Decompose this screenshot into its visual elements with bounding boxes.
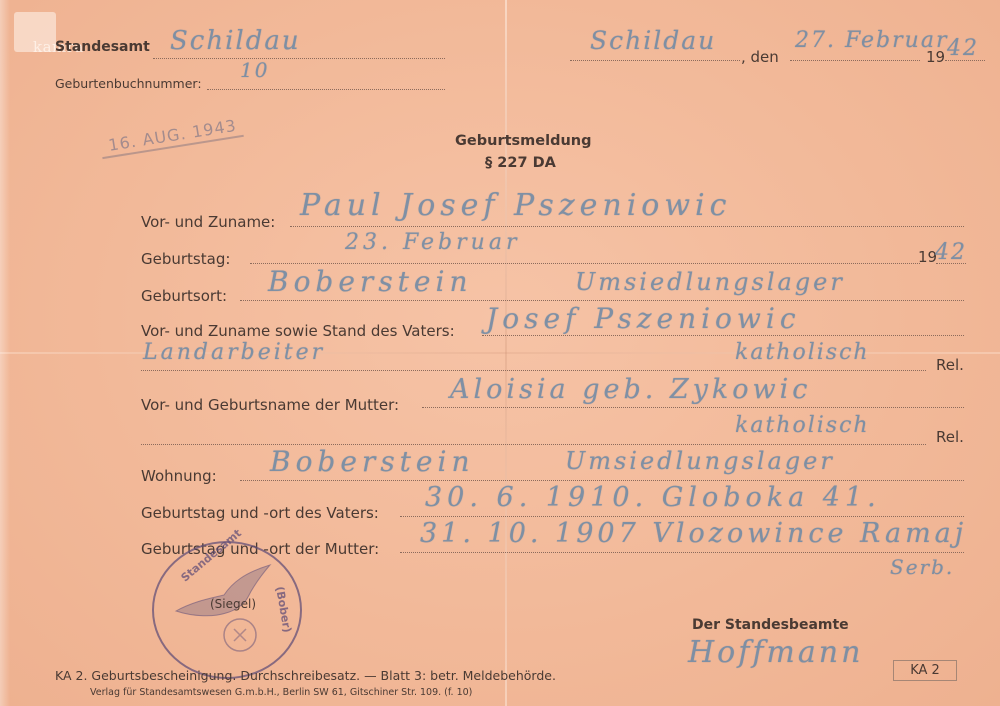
geburtenbuchnummer-label: Geburtenbuchnummer: [55, 76, 202, 91]
birthday-label: Geburtstag: [141, 250, 230, 268]
birthplace-line [240, 300, 964, 301]
rel-label-father: Rel. [936, 356, 964, 374]
place-line [570, 60, 740, 61]
mother-label: Vor- und Geburtsname der Mutter: [141, 396, 399, 414]
standesamt-label: Standesamt [55, 39, 150, 55]
seal-label: (Siegel) [210, 597, 256, 611]
mother-religion-line [141, 444, 926, 445]
birthday-value: 23. Februar [345, 230, 520, 255]
footer-line-1: KA 2. Geburtsbescheinigung. Durchschreib… [55, 668, 556, 683]
form-code-box: KA 2 [893, 660, 957, 681]
place-value: Schildau [590, 26, 716, 55]
mother-line [422, 407, 964, 408]
geburtenbuchnummer-value: 10 [240, 58, 269, 82]
residence-extra: Umsiedlungslager [565, 447, 835, 475]
father-birth-label: Geburtstag und -ort des Vaters: [141, 504, 379, 522]
standesamt-value: Schildau [170, 26, 301, 56]
birthday-line [250, 263, 920, 264]
residence-line [240, 480, 964, 481]
year-suffix: 42 [947, 36, 979, 61]
residence-label: Wohnung: [141, 467, 217, 485]
name-value: Paul Josef Pszeniowic [300, 188, 731, 223]
father-birth-value: 30. 6. 1910. Globoka 41. [425, 482, 881, 513]
birthday-year-suffix: 42 [935, 240, 967, 265]
father-birth-line [400, 516, 964, 517]
document-title: Geburtsmeldung [455, 133, 591, 149]
father-occupation-line [141, 370, 926, 371]
official-seal: (Siegel) Standesamt (Bober) [152, 541, 302, 679]
geburtenbuchnummer-line [207, 89, 445, 90]
rel-label-mother: Rel. [936, 428, 964, 446]
father-line [482, 335, 964, 336]
father-religion: katholisch [735, 340, 870, 365]
residence-value: Boberstein [270, 445, 475, 478]
paper-edge [0, 0, 10, 706]
standesamt-line [153, 58, 445, 59]
footer-line-2: Verlag für Standesamtswesen G.m.b.H., Be… [90, 687, 472, 698]
den-label: , den [741, 48, 779, 66]
birthplace-label: Geburtsort: [141, 287, 227, 305]
year-prefix: 19 [926, 48, 945, 66]
birthplace-extra: Umsiedlungslager [575, 268, 845, 296]
received-date-stamp: 16. AUG. 1943 [99, 115, 244, 159]
mother-value: Aloisia geb. Zykowic [450, 374, 811, 405]
mother-religion: katholisch [735, 413, 870, 438]
father-occupation: Landarbeiter [143, 340, 325, 365]
name-line [290, 226, 964, 227]
date-line [790, 60, 920, 61]
father-value: Josef Pszeniowic [486, 302, 801, 335]
document-subtitle: § 227 DA [485, 155, 556, 171]
mother-birth-value: 31. 10. 1907 Vlozowince Ramaj [420, 518, 967, 549]
birthplace-value: Boberstein [268, 265, 473, 298]
mother-birth-line [400, 552, 964, 553]
name-label: Vor- und Zuname: [141, 213, 275, 231]
signature-name: Hoffmann [688, 635, 863, 670]
birth-report-document: kamra Standesamt Schildau Geburtenbuchnu… [0, 0, 1000, 706]
mother-birth-extra: Serb. [890, 555, 954, 579]
signature-title: Der Standesbeamte [692, 617, 849, 633]
father-label: Vor- und Zuname sowie Stand des Vaters: [141, 322, 455, 340]
